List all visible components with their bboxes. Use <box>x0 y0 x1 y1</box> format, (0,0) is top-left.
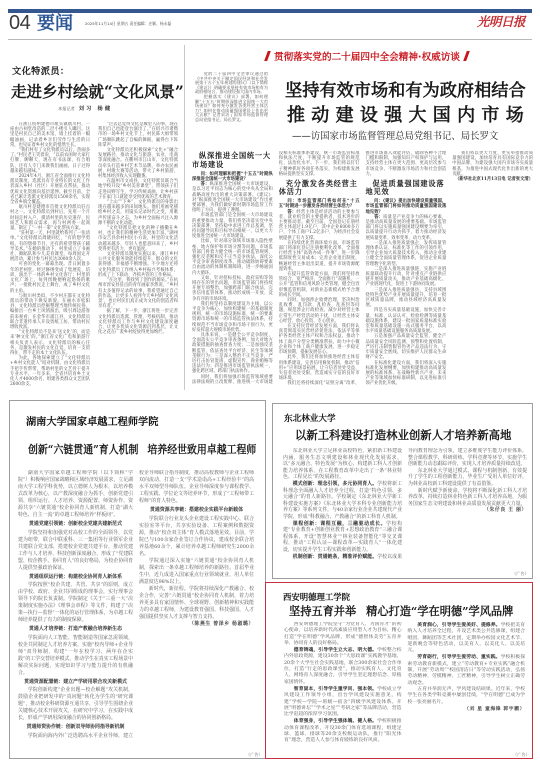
masthead-logo: 光明日报 <box>477 14 525 30</box>
question: 问：如何理解和把握“十五五”时期纵深推进全国统一大市场建设？ <box>192 172 273 182</box>
subhead: 贯通资源共享链：搭建校企实践平台新载体 <box>139 507 254 514</box>
run-in-lead: 机制创新：贯通链条，精准评价赋能。 <box>293 554 377 560</box>
paragraph: 西安明德理工学院坚守“为党育人、为国育才”的初心使命，以培养新时代高素质应用型人… <box>284 622 402 647</box>
byline-names: 刘习 杨健 <box>79 106 113 112</box>
header-color-bar <box>8 9 532 13</box>
ad-headline-part-2: 精心打造“学在明德”学风品牌 <box>366 604 513 618</box>
paragraph: 据了解，下一步，浙江将进一步完善文化特派员选派、管理、考核机制，推动文化特派员工… <box>98 309 178 335</box>
paragraph: 美育润心，引导学生爱美好、提修养。学校把美育纳入人才培养全过程，开设艺术类公共选… <box>408 622 526 654</box>
ad-title: 西安明德理工学院 <box>283 591 350 603</box>
paragraph: 比如，针对部分领域市场准入隐性壁垒、地方保护和市场分割等问题，市场监管部门将着力… <box>192 239 273 275</box>
paragraph: 文化特派员还积极探索“文化+”融合发展路径，推动文化与旅游、农业、电商等深度融合… <box>98 148 178 179</box>
ad-headline: 坚持五育并举精心打造“学在明德”学风品牌 <box>289 604 513 618</box>
subhead: 贯通资源配置链：建立产学研用联合攻关新模式 <box>18 679 133 686</box>
header-divider <box>8 39 532 40</box>
ad-headline: 创新“六链贯通”育人机制培养经世致用卓越工程师 <box>28 443 256 457</box>
paragraph: 航川村是建德市首批文化特派员驻点村之一。文化特派员到村后，先用一个月时间走村入户… <box>10 205 90 231</box>
run-in-lead: 体育强身，引导学生强体魄、健人格。 <box>294 718 377 724</box>
paragraph: 学院坚持和加强党对高校工作的全面领导，以党建为纽带，联合中联重科、三一集团等行业… <box>18 530 133 572</box>
ad-body: 湖南大学国家卓越工程师学院（以下简称“学院”）积极响应国家战略和区域经济发展需求… <box>18 470 254 742</box>
paragraph: 在提升监管效能方面，我们将坚持放管结合、宽严相济，全面推行“双随机、一公开”监管… <box>279 272 360 298</box>
byline-prefix: 本报记者 <box>58 106 75 111</box>
run-in-lead: 答： <box>374 215 383 220</box>
paragraph: 在支持民营经济发展方面，我们将认真贯彻落实民营经济促进法，依法平等保护各类经营主… <box>279 324 360 355</box>
run-in-lead: 智育固本，引导学生重学问、强本领。 <box>294 686 377 692</box>
page-number: 04 <box>9 12 30 34</box>
article-headline: 走进乡村绘就“文化风景” <box>11 82 184 101</box>
article-body: 在浙江杭州建德市航头镇航川村，一座由古祠堂改造的二层小楼引人瞩目。这里是村民自己… <box>10 122 178 388</box>
paragraph: 二是深入推进质量强链，实施产业链质量联动提升行动，针对重点产业链供应链开展质量攻… <box>366 267 447 288</box>
subhead: 促进质量强国建设落地见效 <box>366 180 447 197</box>
paragraph: 学院创新构建“企业出题—校企解题”攻关机制，鼓励企业把研发中的“真问题”转化为学… <box>18 687 133 722</box>
question: 问：《建议》提出加快建设质量强国，市场监管部门将如何推动质量强国建设落地见效？ <box>366 199 447 215</box>
subhead: 贯通党建引领链：创新校企党建共建新范式 <box>18 521 133 528</box>
headline-line-2: 推动建设强大国内市场 <box>287 105 530 127</box>
paragraph: 体育强身，引导学生强体魄、健人格。学校积极推动体育课程改革，开设30余门体育选项… <box>284 718 402 744</box>
paragraph: 三是深入推进质量强县，支持县域围绕特色优势产业开展质量提升，培育一批区域质量品牌… <box>366 288 447 309</box>
subhead: 充分激发各类经营主体活力 <box>279 180 360 197</box>
paragraph: 东北林业大学通过模式、课程与机制创新，有效提升了学生的工程创新能力，毕业生广受用… <box>408 468 527 488</box>
paragraph: 一是深入推进质量强企，发挥质量管理体系认证、标准化等工作的引领作用，引导企业加大… <box>366 241 447 267</box>
article-byline: 本报记者刘习 杨健 <box>58 106 112 112</box>
run-in-lead: 答： <box>201 182 210 187</box>
run-in-lead: 答： <box>287 210 296 215</box>
dateline: 2025年11月14日 星期五 责任编辑：庄颖、杨永磊 <box>85 21 171 26</box>
banner-slash-icon <box>463 51 470 61</box>
paragraph: 德育铸魂，引导学生立大志、明大德。学校整合校内外思政资源，建设30余个“大思政课… <box>284 647 402 686</box>
paragraph: 在浙江杭州建德市航头镇航川村，一座由古祠堂改造的二层小楼引人瞩目。这里是村民自己… <box>10 122 90 148</box>
paragraph: 湖南大学国家卓越工程师学院（以下简称“学院”）积极响应国家战略和区域经济发展需求… <box>18 470 133 519</box>
paragraph: 此外，我们还将加快推进经营主体信用体系建设，完善信用修复机制，推动“信用+”应用… <box>279 355 360 381</box>
ad-headline-part-1: 创新“六链贯通”育人机制 <box>28 443 138 456</box>
byline: （新华社北京11月13日电 记者张文清） <box>452 177 533 182</box>
subhead: 贯通人才培养链：打造产教融合培养新生态 <box>18 626 133 633</box>
paragraph: 2024年4月，浙江省全面推行文化特派员制度，选派具有专业特长的文化工作者深入乡… <box>10 174 90 205</box>
paragraph: 我们将以更大力度、更实举措推动质量强国建设，加快培育具有国际竞争力的中国品牌，为… <box>452 151 533 177</box>
article-kicker: 文化特派员： <box>12 66 70 77</box>
paragraph: 具体来说，一是健全公平竞争制度，全面落实公平竞争审查条例，加大对地方政策措施的抽… <box>192 333 273 375</box>
banner-slash-icon <box>264 51 271 61</box>
run-in-lead: 美育润心，引导学生爱美好、提修养。 <box>417 622 500 628</box>
series-banner: 贯彻落实党的二十届四中全会精神·权威访谈 <box>195 51 539 64</box>
subhead: 贯通师资协作链：创新双导师协同指导新机制 <box>18 724 133 731</box>
paragraph: 新时代，新征程。学院将持续深化产教融合、校企合作，完善“六链贯通”校企协同育人机… <box>139 586 254 621</box>
ad-body: 西安明德理工学院坚守“为党育人、为国育才”的初心使命，以培养新时代高素质应用型人… <box>284 622 525 750</box>
paragraph: 为此，各地探索建立了“文化特派员+乡村文化能人”结对机制，由文化特派员手把手传帮… <box>10 356 90 387</box>
paragraph: 五是加强产品质量安全监管，健全产品质量安全风险监测、预警和处置机制，严厉打击制售… <box>366 334 447 360</box>
paragraph: “在这里，我找到了创作的源泉。”在杭州市淳安县驻点的青年画家李然说，“乡村有太多… <box>98 278 178 309</box>
paragraph: 同时，加强涉企收费治理，坚决纠治乱收费、乱罚款、乱检查、乱查封等问题，规范涉企行… <box>279 298 360 324</box>
paragraph: 答：纵深推进全国统一大市场建设，是以习近平同志为核心的党中央从全局和战略高度作出… <box>192 182 273 213</box>
run-in-lead: 德育铸魂，引导学生立大志、明大德。 <box>294 647 377 653</box>
paragraph: “文化特派员把文化的种子播撒在乡村，也让我们的精神生活更加丰富。”湖州市安吉县余… <box>98 226 178 252</box>
ad-headline-part-1: 坚持五育并举 <box>289 604 356 618</box>
paragraph: “上山”“下乡”，文化特派员的身影出现在越来越多的田间地头。他们用画笔描绘乡村之… <box>98 200 178 226</box>
ad-label: （广告） <box>512 571 529 576</box>
ad-body: 东北林业大学立足林业高校特色，紧扣新工科建设内涵，服务生态文明建设和林业现代化发… <box>283 448 527 566</box>
article-intro: 党的二十届四中全会审议通过的《中共中央关于制定国民经济和社会发展第十五个五年规划… <box>195 72 268 132</box>
paragraph: 在标准化建设方面，我们将深入实施标准化发展纲要，加快构建推动高质量发展的标准体系… <box>366 361 447 387</box>
paragraph: 又如，针对招标投标、政府采购等领域存在的突出问题，市场监管部门将持续开展专项整治… <box>192 276 273 302</box>
ad-headline: 以新工科建设打造林业创新人才培养新高地 <box>295 428 511 442</box>
paragraph: 在持续优化营商环境方面，市场监管部门将深化登记注册便利化改革，全面推行经营主体“… <box>279 241 360 272</box>
subhead: 贯通组织运行链：构建校企协同育人新体系 <box>18 574 133 581</box>
ad-label: （广告） <box>246 752 263 757</box>
section-name: 要闻 <box>37 13 73 34</box>
column-divider <box>184 45 185 390</box>
paragraph: 党的二十届四中全会审议通过的《中共中央关于制定国民经济和社会发展第十五个五年规划… <box>195 72 268 95</box>
paragraph: 我们将坚持以制度建设为主线，以公平竞争为核心，加快构建统一的基础制度规则、统一的… <box>192 302 273 333</box>
paragraph: 模式创新：理念引领，多元协同育人。学校将新工科理念全面融入人才培养全过程，打造“… <box>283 481 402 521</box>
run-in-lead: 模式创新：理念引领，多元协同育人。 <box>293 481 377 487</box>
paragraph: 把握落实《建议》部署，如何理解“十五五”时期纵深推进全国统一大市场建设？如何充分… <box>195 95 268 123</box>
paragraph: 可喜的变化一幕幕出现。昔日闲置多年的老祠堂，经过修缮变成了集展览、培训、演出于一… <box>10 262 90 293</box>
paragraph: 答：质量是产业竞争力的核心要素，是推动高质量发展的重要基础。市场监管部门将以实施… <box>366 215 447 241</box>
paragraph: 学院通过深入实施“六链贯通”校企协同育人机制，探索出一条卓越工程师培养的新路径。… <box>139 558 254 586</box>
question: 问：市场监管部门将如何在“十五五”时期进一步激发各类经营主体活力？ <box>279 199 360 209</box>
paragraph: “我们村有了文化特派员以后，热闹多了。”村民老王笑着说，“以前农闲时大家打打牌、… <box>10 148 90 174</box>
paragraph: 学院面向人工智能、智能制造等国家急需领域，校企共同制定人才培养方案，实施“校内导… <box>18 635 133 677</box>
paragraph: 学院联合行业龙头企业建设工程实践中心、联合实验室等平台，共享实验设备、工程案例和… <box>139 516 254 558</box>
ad-title: 东北林业大学 <box>284 413 336 425</box>
byline: （陈燕生 曾泽乡 杨淑璐） <box>139 621 254 628</box>
paragraph: 五育并举润无声，学风建设结硕果。近年来，学校学生在各类学科竞赛中屡创佳绩，“学在… <box>408 687 526 706</box>
paragraph: 东北林业大学立足林业高校特色，紧扣新工科建设内涵，服务生态文明建设和林业现代化发… <box>283 448 402 481</box>
paragraph: 文化特派员制度实施以来，浙江乡村公共文化服务效能持续提升，群众的文化获得感、幸福… <box>98 252 178 278</box>
byline: （朱仔良 王 丽） <box>408 507 527 514</box>
paragraph: “过去总觉得文化是城里人的事，现在我们自己也能登台演出了。”在绍兴市诸暨市的一场… <box>98 122 178 148</box>
paragraph: 市场监管部门是全国统一大市场建设的重要推动力量。我们将坚决落实党中央决策部署，坚… <box>192 213 273 239</box>
paragraph: 劳育砺行，引导学生爱劳动、重实践。学校积极探索劳动教育新模式，建立“劳动教育+专… <box>408 654 526 686</box>
paragraph: 学院按照“校企共建、共管、共享”的原则，成立由学校、政府、企业共同组成的理事会，… <box>18 582 133 624</box>
banner-text: 贯彻落实党的二十届四中全会精神·权威访谈 <box>274 52 460 63</box>
ad-headline-part-2: 培养经世致用卓越工程师 <box>147 443 256 456</box>
paragraph: “驻村第一天，村里就给我列了一张清单。”文化特派员周晓回忆，“有的想学剪纸，有的… <box>10 231 90 262</box>
paragraph: 在温州市文成县，文化特派员联合当地学校开设“乡村美育课堂”，带领孩子们走进田野写… <box>98 179 178 200</box>
paragraph: 四是夯实质量基础设施，加快完善计量、标准、认证认可、检验检测等质量基础设施体系，… <box>366 308 447 334</box>
paragraph: 新时代赋予新使命。学校将不断深化新工科人才培养改革，持续打造林业特色新工科人才培… <box>408 488 527 508</box>
byline: （刘 星 童海锋 郭宇鹏） <box>408 706 526 712</box>
paragraph: “文化特派员不是来‘送文化’的，而是来‘种文化’的。”浙江省文化广电和旅游厅相关… <box>10 330 90 356</box>
article-body: 纵深推进全国统一大市场建设问：如何理解和把握“十五五”时期纵深推进全国统一大市场… <box>192 151 533 389</box>
paragraph: 答：经营主体是经济活动的主要参与者、就业机会的主要提供者、技术进步的主要推动者。… <box>279 210 360 241</box>
run-in-lead: 课程创新：课程互融，三融驱动成长。 <box>293 521 386 527</box>
paragraph: 智育固本，引导学生重学问、强本领。学校成立学风建设工作领导小组，出台学风建设实施… <box>284 686 402 718</box>
paragraph: 课程创新：课程互融，三融驱动成长。学校构建“专业教育+创新创业教育+思想政治教育… <box>283 521 402 554</box>
headline-subtitle: ——访国家市场监督管理总局党组书记、局长罗文 <box>292 131 498 143</box>
ad-title: 湖南大学国家卓越工程师学院 <box>26 417 158 429</box>
headline-line-1: 坚持有效市场和有为政府相结合 <box>285 81 526 101</box>
paragraph: 与航川村类似，不少村庄都在文化特派员的带动下焕发新貌。在丽水市松阳县，文化特派员… <box>10 294 90 330</box>
subhead: 纵深推进全国统一大市场建设 <box>192 152 273 169</box>
ad-label: （广告） <box>513 752 530 757</box>
run-in-lead: 劳育砺行，引导学生爱劳动、重实践。 <box>417 654 500 660</box>
newspaper-page: 04 要闻 2025年11月14日 星期五 责任编辑：庄颖、杨永磊 光明日报 文… <box>0 0 540 768</box>
